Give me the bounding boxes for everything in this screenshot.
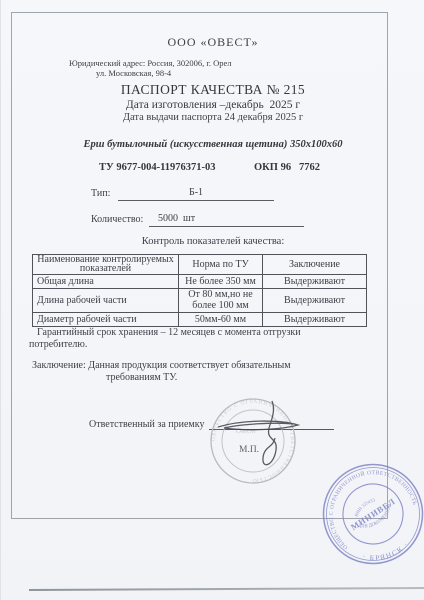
warranty-text-line2: потребителю. <box>29 339 87 350</box>
param-result: Выдерживают <box>263 275 367 289</box>
date-manufactured: Дата изготовления –декабрь 2025 г <box>1 99 424 111</box>
param-norm: Не более 350 мм <box>179 275 263 289</box>
param-result: Выдерживают <box>263 313 367 327</box>
table-header-row: Наименование контролируемых показателей … <box>33 255 367 275</box>
header-norm: Норма по ТУ <box>179 255 263 275</box>
param-norm: От 80 мм,но не более 100 мм <box>179 289 263 313</box>
purple-corporate-stamp: ОБЩЕСТВО С ОГРАНИЧЕННОЙ ОТВЕТСТВЕННОСТЬЮ… <box>319 460 424 568</box>
param-norm: 50мм-60 мм <box>179 313 263 327</box>
legal-address-line1: Юридический адрес: Россия, 302006, г. Ор… <box>69 58 232 68</box>
legal-address-line2: ул. Московская, 98-4 <box>96 68 171 78</box>
okp-code: ОКП 96 7762 <box>254 162 320 173</box>
company-name: ООО «ОВЕСТ» <box>1 35 424 50</box>
param-result: Выдерживают <box>263 289 367 313</box>
conclusion-line1: Заключение: Данная продукция соответству… <box>32 360 291 371</box>
mp-label: М.П. <box>239 445 259 455</box>
tu-number: ТУ 9677-004-11976371-03 <box>99 162 216 173</box>
header-conclusion: Заключение <box>263 255 367 275</box>
responsible-label: Ответственный за приемку <box>89 419 204 430</box>
quantity-label: Количество: <box>91 214 143 225</box>
conclusion-line2: требованиям ТУ. <box>106 372 177 383</box>
type-label: Тип: <box>91 188 110 199</box>
scan-page-edge <box>29 587 424 591</box>
table-row: Длина рабочей части От 80 мм,но не более… <box>33 289 367 313</box>
passport-title: ПАСПОРТ КАЧЕСТВА № 215 <box>1 82 424 98</box>
warranty-text-line1: Гарантийный срок хранения – 12 месяцев с… <box>37 327 301 338</box>
quantity-value-underlined: 5000 шт <box>149 213 304 227</box>
type-value-underlined: Б-1 <box>118 187 274 201</box>
header-parameter: Наименование контролируемых показателей <box>33 255 179 275</box>
table-row: Общая длина Не более 350 мм Выдерживают <box>33 275 367 289</box>
quality-section-title: Контроль показателей качества: <box>1 236 424 247</box>
date-issued: Дата выдачи паспорта 24 декабря 2025 г <box>1 112 424 123</box>
quality-table: Наименование контролируемых показателей … <box>32 254 367 327</box>
param-name: Диаметр рабочей части <box>33 313 179 327</box>
gray-seal-faint-word: Овест <box>236 427 255 435</box>
table-row: Диаметр рабочей части 50мм-60 мм Выдержи… <box>33 313 367 327</box>
param-name: Длина рабочей части <box>33 289 179 313</box>
gray-seal-stamp: ОБЩЕСТВО С ОГРАНИЧЕННОЙ ОТВЕТСТВЕННОСТЬЮ… <box>206 395 302 491</box>
product-name: Ерш бутылочный (искусственная щетина) 35… <box>1 139 424 150</box>
param-name: Общая длина <box>33 275 179 289</box>
document-page: ООО «ОВЕСТ» Юридический адрес: Россия, 3… <box>0 0 424 600</box>
